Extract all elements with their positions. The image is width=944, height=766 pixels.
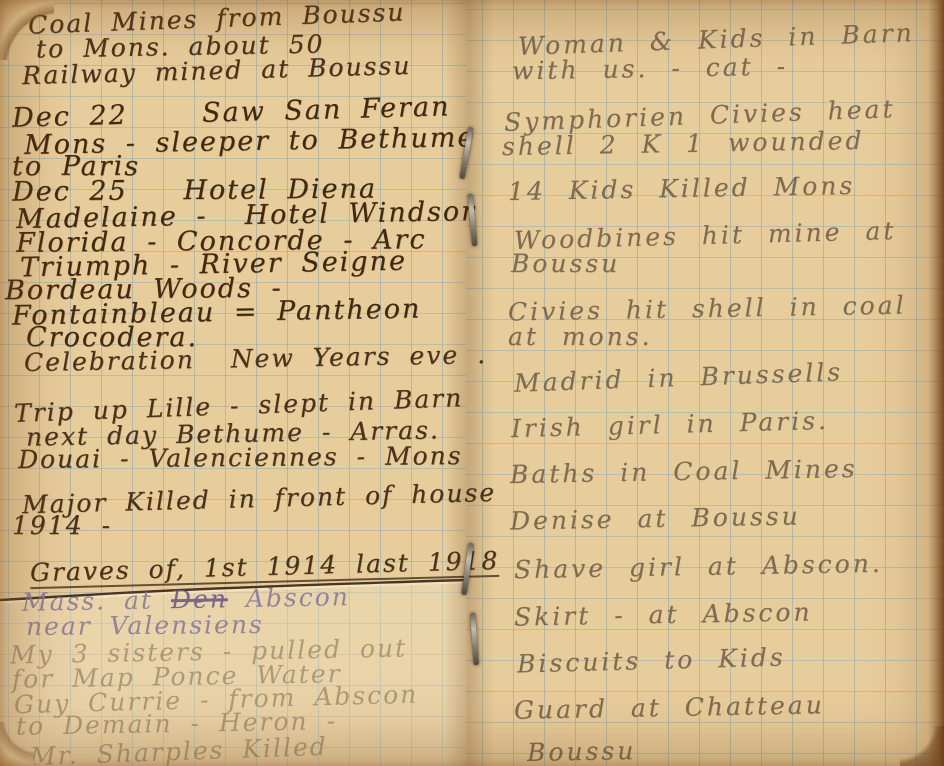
diary-line: Celebration New Years eve . xyxy=(24,342,487,375)
diary-line: Civies hit shell in coal xyxy=(508,293,907,325)
diary-line: Guard at Chatteau xyxy=(514,692,825,722)
diary-line: Baths in Coal Mines xyxy=(510,456,858,487)
diary-line: near Valensiens xyxy=(26,612,264,639)
line-post: Abscon xyxy=(228,582,350,613)
diary-line: with us. - cat - xyxy=(512,54,788,84)
diary-line: Denise at Boussu xyxy=(510,503,801,533)
diary-line: shell 2 K 1 wounded xyxy=(502,128,865,159)
diary-line: Biscuits to Kids xyxy=(517,644,786,676)
diary-line: Boussu xyxy=(527,738,637,765)
diary-line: 1914 - xyxy=(12,513,112,538)
diary-line: Skirt - at Abscon xyxy=(514,599,813,629)
diary-line: Shave girl at Abscon. xyxy=(514,551,883,582)
notebook-scan: Coal Mines from Boussu to Mons. about 50… xyxy=(0,0,944,766)
diary-line: Douai - Valenciennes - Mons xyxy=(18,443,463,472)
diary-line: at mons. xyxy=(508,324,653,349)
diary-line: 14 Kids Killed Mons xyxy=(508,173,856,204)
diary-line: Boussu xyxy=(511,251,620,276)
